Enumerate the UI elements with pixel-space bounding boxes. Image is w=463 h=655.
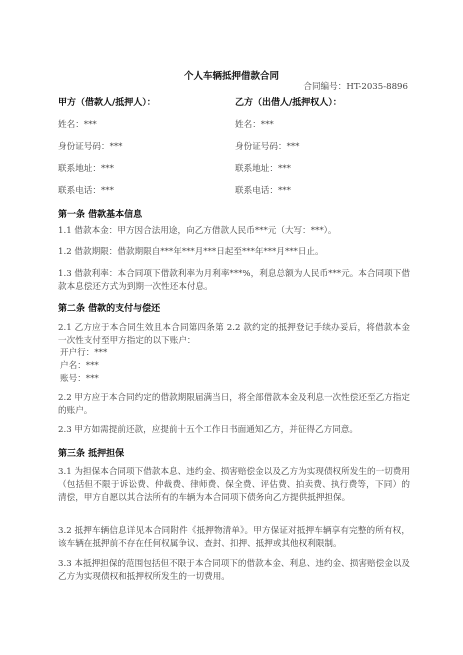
account-number: 账号：***	[60, 373, 99, 386]
section-3-title: 第三条 抵押担保	[58, 446, 124, 459]
party-a-name: 姓名：***	[58, 118, 97, 130]
section-1-title: 第一条 借款基本信息	[58, 207, 142, 220]
contract-number: 合同编号：HT-2035-8896	[303, 80, 408, 92]
party-b-heading: 乙方（出借人/抵押权人）：	[235, 95, 342, 108]
party-b-address: 联系地址：***	[235, 162, 291, 174]
party-b-id-number: 身份证号码：***	[235, 140, 299, 152]
clause-3-2: 3.2 抵押车辆信息详见本合同附件《抵押物清单》。甲方保证对抵押车辆享有完整的所…	[58, 525, 410, 551]
party-a-id-number: 身份证号码：***	[58, 140, 122, 152]
party-b-phone: 联系电话：***	[235, 184, 291, 196]
clause-1-3: 1.3 借款利率：本合同项下借款利率为月利率***%，利息总额为人民币***元。…	[58, 268, 410, 294]
section-2-title: 第二条 借款的支付与偿还	[58, 301, 160, 314]
account-holder: 户名：***	[60, 360, 99, 373]
clause-2-2: 2.2 甲方应于本合同约定的借款期限届满当日，将全部借款本金及利息一次性偿还至乙…	[58, 392, 410, 418]
account-bank: 开户行：***	[60, 347, 107, 360]
party-a-heading: 甲方（借款人/抵押人）：	[58, 95, 156, 108]
clause-3-1: 3.1 为担保本合同项下借款本息、违约金、损害赔偿金以及乙方为实现债权所发生的一…	[58, 466, 410, 505]
clause-3-3: 3.3 本抵押担保的范围包括但不限于本合同项下的借款本金、利息、违约金、损害赔偿…	[58, 558, 410, 584]
clause-1-2: 1.2 借款期限：借款期限自***年***月***日起至***年***月***日…	[58, 246, 410, 259]
clause-2-3: 2.3 甲方如需提前还款，应提前十五个工作日书面通知乙方，并征得乙方同意。	[58, 424, 410, 437]
clause-2-1: 2.1 乙方应于本合同生效且本合同第四条第 2.2 款约定的抵押登记手续办妥后，…	[58, 322, 410, 348]
party-a-phone: 联系电话：***	[58, 184, 114, 196]
contract-page: 个人车辆抵押借款合同 合同编号：HT-2035-8896 甲方（借款人/抵押人）…	[0, 0, 463, 655]
clause-1-1: 1.1 借款本金：甲方因合法用途，向乙方借款人民币***元（大写：***）。	[58, 225, 410, 238]
party-a-address: 联系地址：***	[58, 162, 114, 174]
party-b-name: 姓名：***	[235, 118, 274, 130]
